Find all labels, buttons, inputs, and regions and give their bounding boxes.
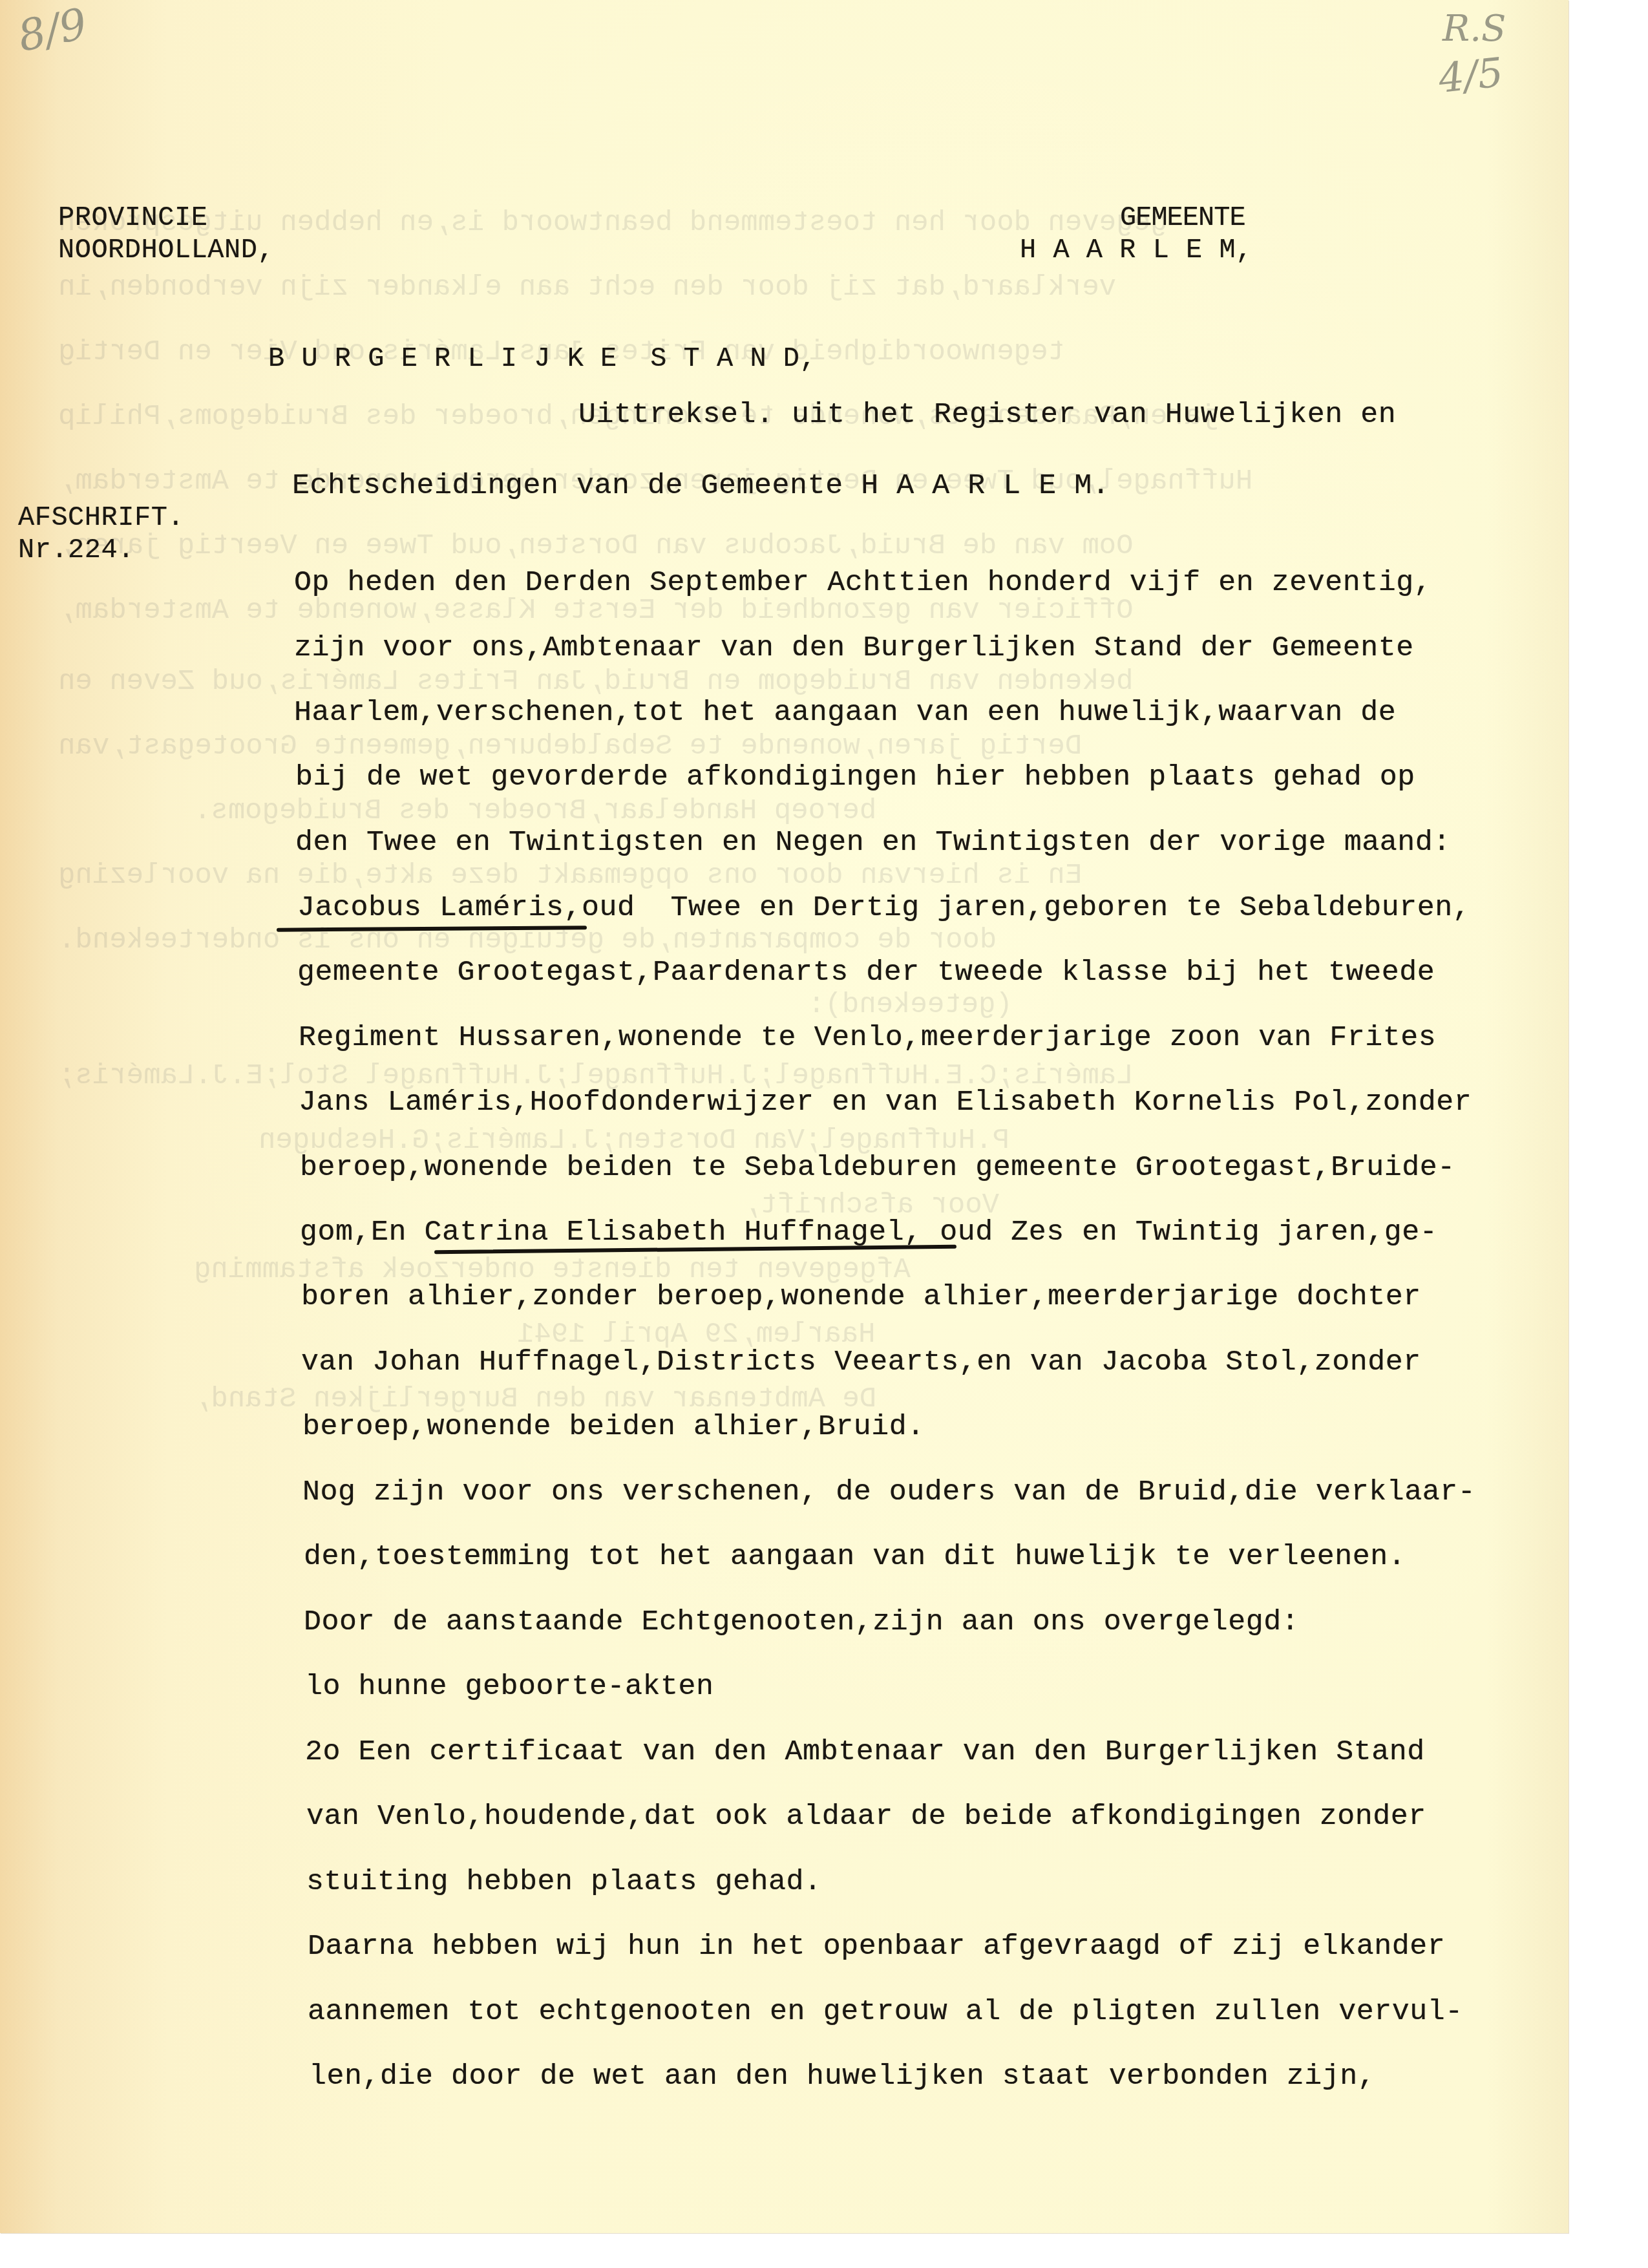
body-line: zijn voor ons,Ambtenaar van den Burgerli… [294,632,1414,664]
body-line-bride: gom,En Catrina Elisabeth Huffnagel, oud … [300,1216,1437,1249]
body-line: van Venlo,houdende,dat ook aldaar de bei… [306,1801,1426,1833]
body-line: 2o Een certificaat van den Ambtenaar van… [305,1736,1425,1768]
body-line: aannemen tot echtgenooten en getrouw al … [308,1996,1463,2028]
body-line: Haarlem,verschenen,tot het aangaan van e… [294,697,1396,729]
body-line: Jans Laméris,Hoofdonderwijzer en van Eli… [299,1086,1472,1119]
municipality-label: GEMEENTE [1120,202,1245,234]
record-number: Nr.224. [18,534,134,566]
body-line: beroep,wonende beiden te Sebaldeburen ge… [300,1152,1455,1184]
body-line: Regiment Hussaren,wonende te Venlo,meerd… [299,1022,1436,1054]
handwritten-initials: R.S [1442,8,1506,50]
body-line: len,die door de wet aan den huwelijken s… [309,2061,1375,2093]
handwritten-fraction: 4/5 [1436,48,1505,102]
body-line: boren alhier,zonder beroep,wonende alhie… [301,1281,1421,1313]
body-line: Daarna hebben wij hun in het openbaar af… [308,1931,1445,1963]
body-line: beroep,wonende beiden alhier,Bruid. [302,1411,925,1443]
body-line: den,toestemming tot het aangaan van dit … [304,1541,1406,1573]
document-subtitle-line1: Uittreksel. uit het Register van Huwelij… [578,399,1396,431]
body-line: Op heden den Derden September Achttien h… [294,567,1431,599]
document-title: B U R G E R L I J K E S T A N D, [268,343,816,375]
body-line: bij de wet gevorderde afkondigingen hier… [295,761,1415,794]
municipality-name: H A A R L E M, [1020,234,1252,266]
body-line: stuiting hebben plaats gehad. [306,1866,822,1898]
body-line-groom: Jacobus Laméris,oud Twee en Dertig jaren… [297,892,1470,924]
body-line: van Johan Huffnagel,Districts Veearts,en… [301,1346,1421,1379]
body-line: Door de aanstaande Echtgenooten,zijn aan… [304,1606,1299,1638]
body-line: gemeente Grootegast,Paardenarts der twee… [297,957,1435,989]
document-subtitle-line2: Echtscheidingen van de Gemeente H A A R … [292,470,1110,502]
province-label: PROVINCIE [58,202,207,234]
copy-label: AFSCHRIFT. [18,502,184,534]
body-line: lo hunne geboorte-akten [305,1671,714,1703]
body-line: Nog zijn voor ons verschenen, de ouders … [302,1476,1475,1509]
province-name: NOORDHOLLAND, [58,234,274,266]
body-line: den Twee en Twintigsten en Negen en Twin… [295,827,1451,859]
